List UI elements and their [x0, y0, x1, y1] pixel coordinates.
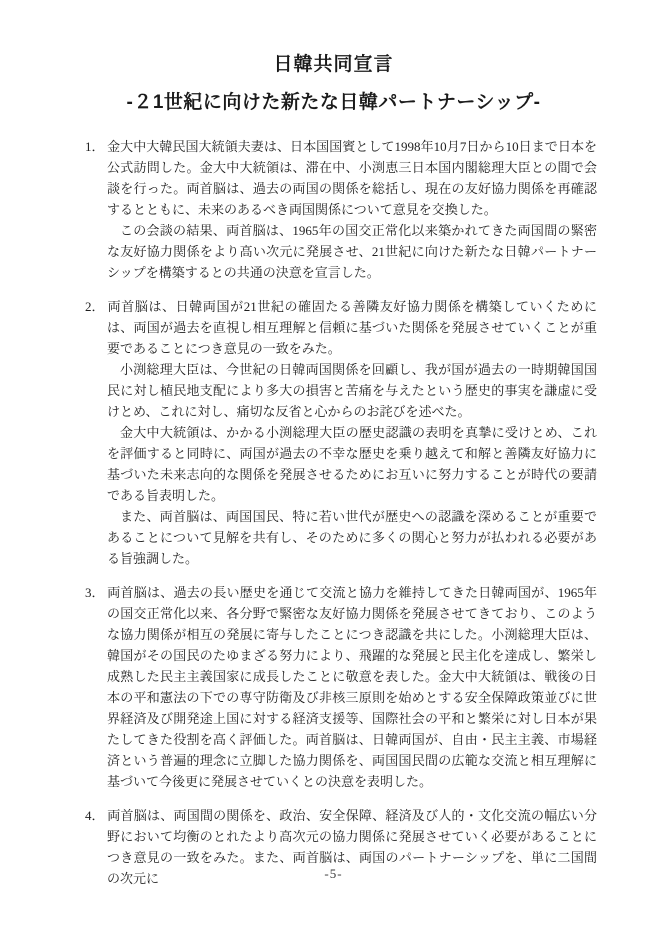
- paragraph: 金大中大統領は、かかる小渕総理大臣の歴史認識の表明を真摯に受けとめ、これを評価す…: [107, 422, 597, 506]
- section-3: 3．両首脳は、過去の長い歴史を通じて交流と協力を維持してきた日韓両国が、1965…: [85, 582, 597, 792]
- document-page: 日韓共同宣言 -２1世紀に向けた新たな日韓パートナーシップ- 1．金大中大韓民国…: [0, 0, 667, 932]
- page-title: 日韓共同宣言: [0, 50, 667, 80]
- paragraph: この会談の結果、両首脳は、1965年の国交正常化以来築かれてきた両国間の緊密な友…: [107, 220, 597, 283]
- section-number: 4．: [85, 805, 107, 826]
- paragraph: 1．金大中大韓民国大統領夫妻は、日本国国賓として1998年10月7日から10日ま…: [107, 136, 597, 220]
- paragraph: また、両首脳は、両国国民、特に若い世代が歴史への認識を深めることが重要であること…: [107, 506, 597, 569]
- section-number: 1．: [85, 136, 107, 157]
- page-subtitle: -２1世紀に向けた新たな日韓パートナーシップ-: [0, 88, 667, 118]
- section-2: 2．両首脳は、日韓両国が21世紀の確固たる善隣友好協力関係を構築していくためには…: [85, 296, 597, 569]
- document-body: 1．金大中大韓民国大統領夫妻は、日本国国賓として1998年10月7日から10日ま…: [85, 136, 597, 889]
- document-header: 日韓共同宣言 -２1世紀に向けた新たな日韓パートナーシップ-: [0, 0, 667, 118]
- page-number: -5-: [0, 866, 667, 882]
- paragraph: 3．両首脳は、過去の長い歴史を通じて交流と協力を維持してきた日韓両国が、1965…: [107, 582, 597, 792]
- paragraph-text: 金大中大韓民国大統領夫妻は、日本国国賓として1998年10月7日から10日まで日…: [107, 139, 597, 217]
- section-number: 3．: [85, 582, 107, 603]
- paragraph-text: 両首脳は、過去の長い歴史を通じて交流と協力を維持してきた日韓両国が、1965年の…: [107, 585, 597, 789]
- paragraph: 小渕総理大臣は、今世紀の日韓両国関係を回顧し、我が国が過去の一時期韓国国民に対し…: [107, 359, 597, 422]
- paragraph-text: 両首脳は、日韓両国が21世紀の確固たる善隣友好協力関係を構築していくためには、両…: [107, 299, 597, 356]
- paragraph: 2．両首脳は、日韓両国が21世紀の確固たる善隣友好協力関係を構築していくためには…: [107, 296, 597, 359]
- section-number: 2．: [85, 296, 107, 317]
- section-1: 1．金大中大韓民国大統領夫妻は、日本国国賓として1998年10月7日から10日ま…: [85, 136, 597, 283]
